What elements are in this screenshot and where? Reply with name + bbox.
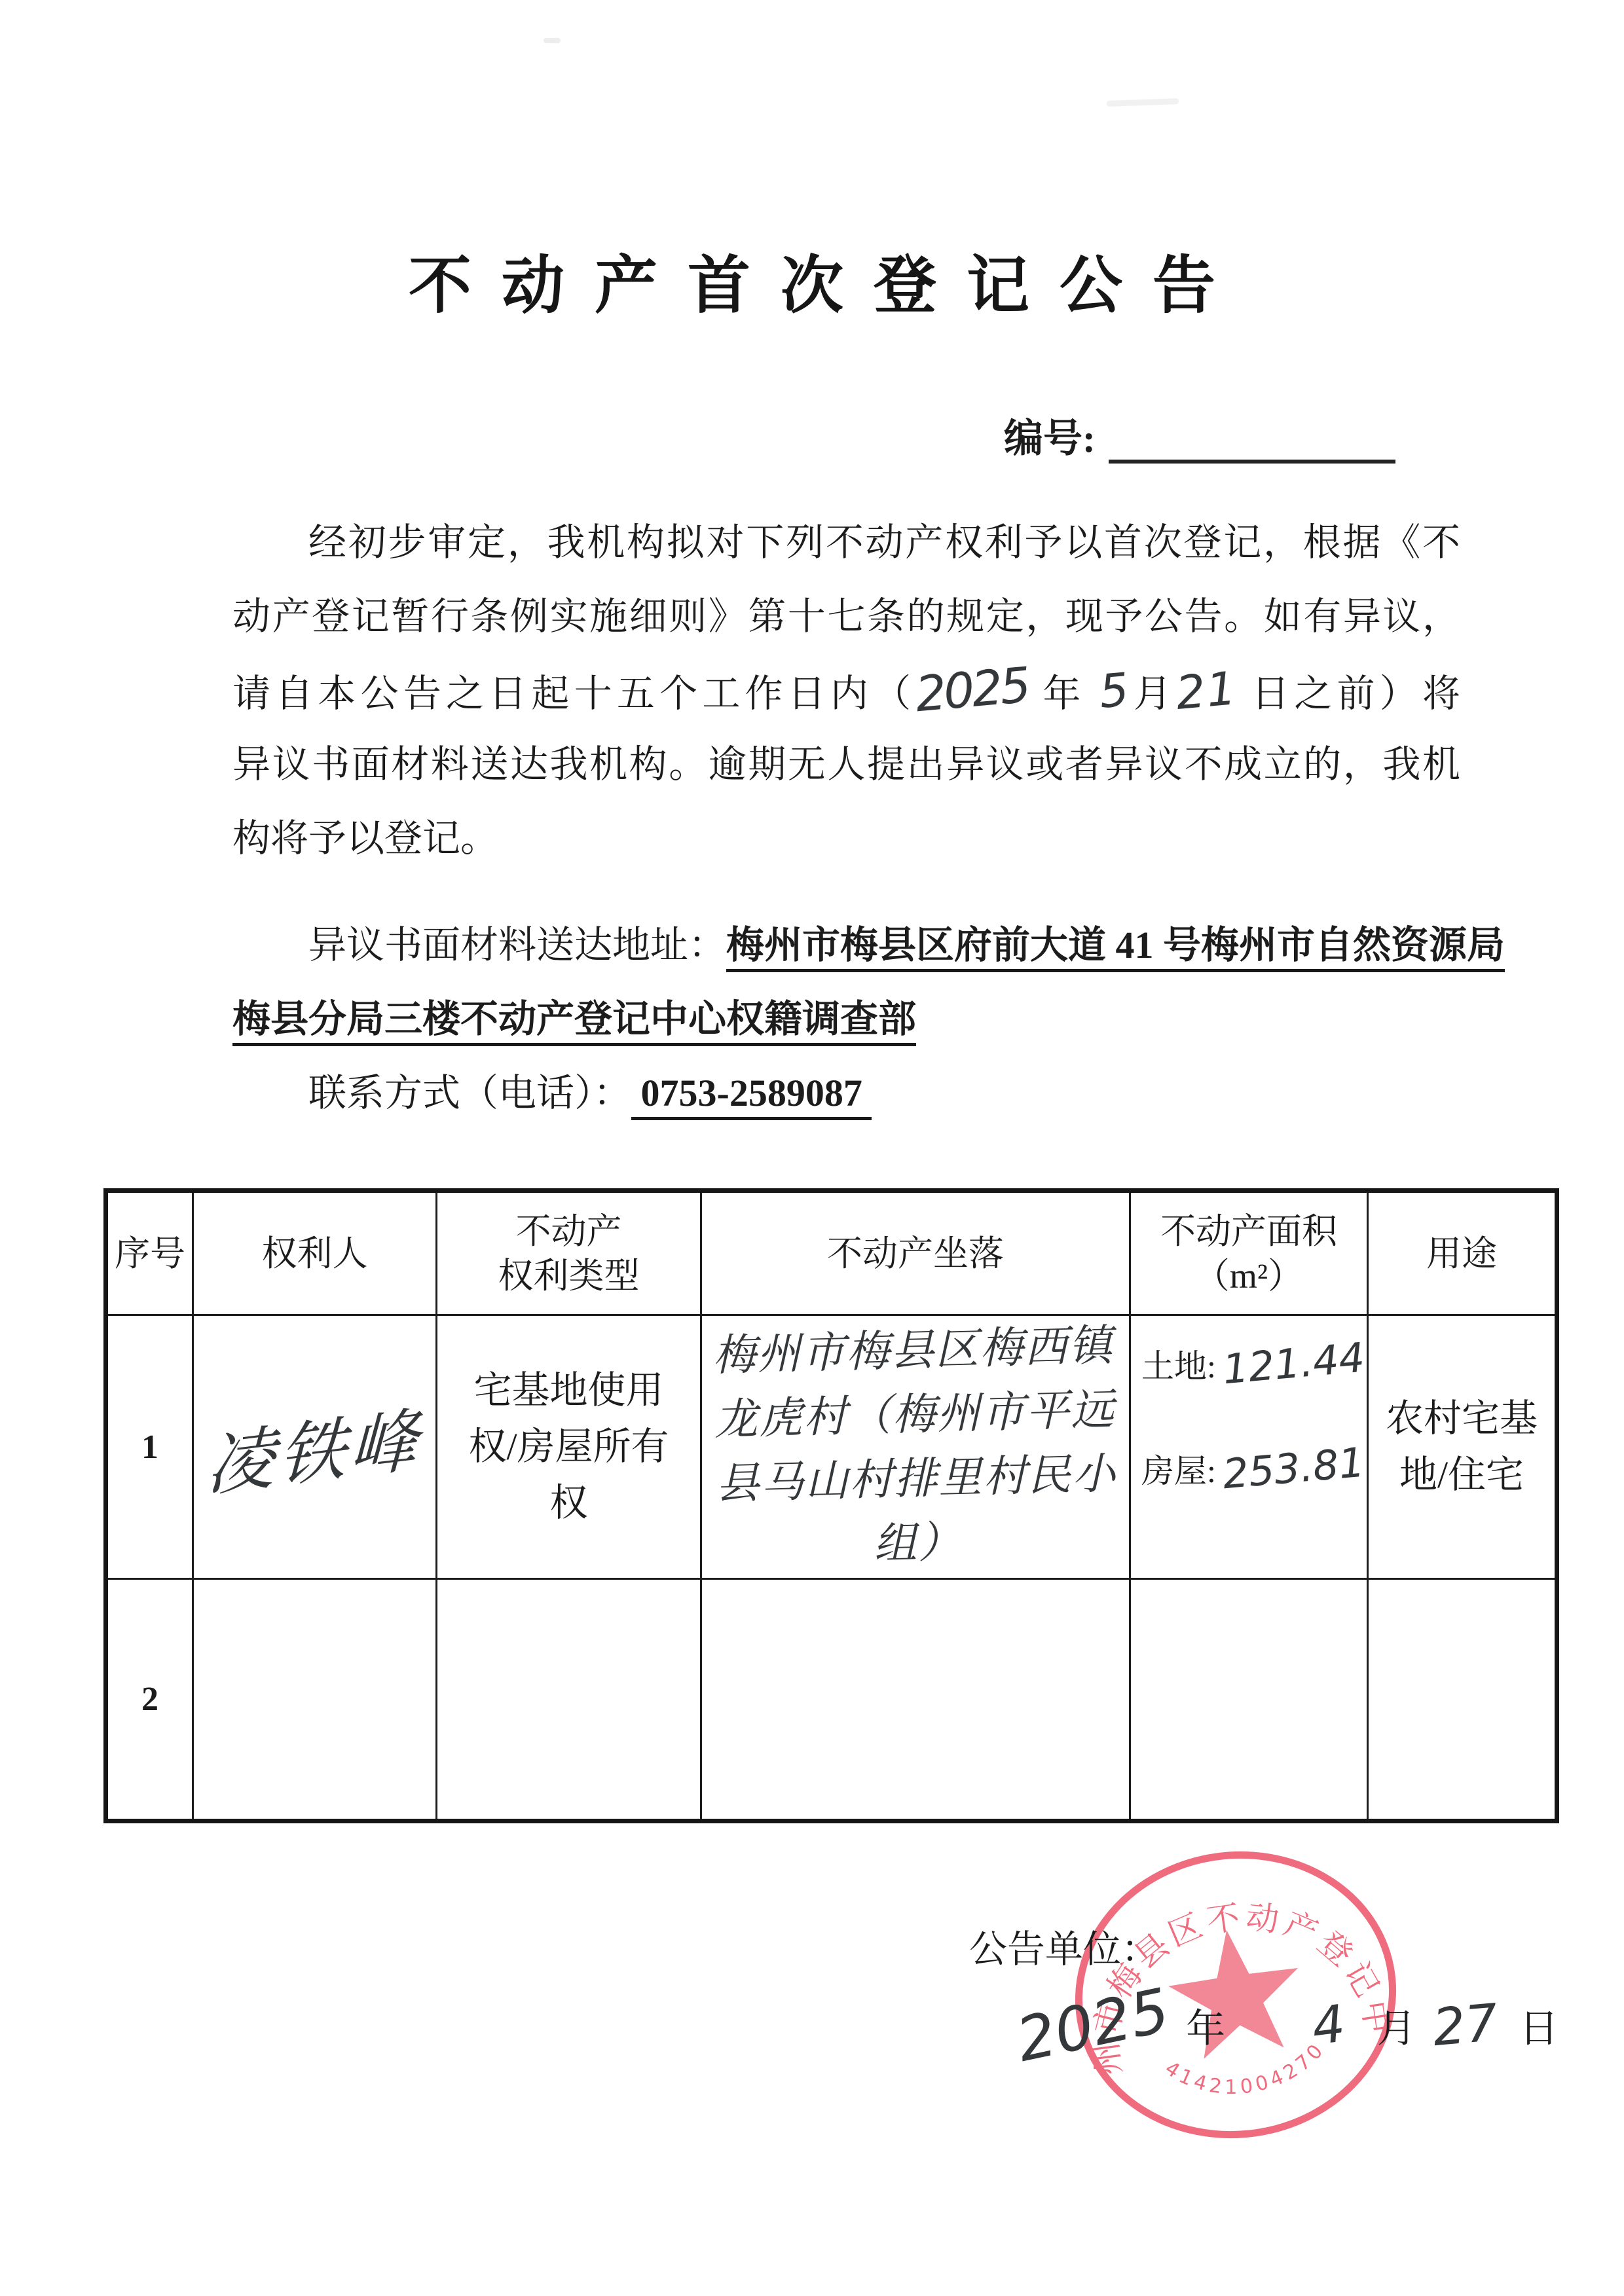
year-label: 年 — [1043, 672, 1085, 715]
document-number-row: 编号: — [1004, 407, 1395, 464]
address-value-part2: 梅县分局三楼不动产登记中心权籍调查部 — [232, 998, 916, 1046]
header-usage: 用途 — [1368, 1191, 1557, 1315]
table-row-2: 2 — [106, 1579, 1557, 1821]
handwritten-footer-month: 4 — [1309, 1994, 1348, 2056]
header-right-type: 不动产权利类型 — [437, 1191, 701, 1315]
contact-line: 联系方式（电话）： 0753-2589087 — [232, 1056, 1460, 1130]
paragraph1-line4: 异议书面材料送达我机构。逾期无人提出异议或者异议不成立的，我机 — [232, 727, 1460, 801]
row2-seq: 2 — [106, 1579, 193, 1821]
announcement-date: 2025 年 4 月 27 日 — [1016, 1990, 1559, 2060]
paragraph1-line3: 请自本公告之日起十五个工作日内（2025 年 5月21 日之前）将 — [232, 653, 1460, 727]
handwritten-day: 21 — [1173, 651, 1241, 731]
month-label: 月 — [1129, 672, 1176, 715]
handwritten-year: 2025 — [913, 649, 1032, 733]
paragraph1-line1: 经初步审定，我机构拟对下列不动产权利予以首次登记，根据《不 — [232, 505, 1460, 579]
deadline-text-post: 日之前）将 — [1251, 672, 1460, 715]
scanned-document-page: 不动产首次登记公告 编号: 经初步审定，我机构拟对下列不动产权利予以首次登记，根… — [0, 0, 1624, 2296]
land-area-label: 土地: — [1141, 1348, 1216, 1385]
scan-artifact — [544, 38, 561, 43]
phone-number: 0753-2589087 — [641, 1072, 862, 1114]
scan-artifact — [1107, 98, 1179, 107]
address-line2: 梅县分局三楼不动产登记中心权籍调查部 — [232, 982, 1460, 1056]
contact-phone: 0753-2589087 — [631, 1072, 872, 1120]
header-owner: 权利人 — [193, 1191, 437, 1315]
address-line1: 异议书面材料送达地址：梅州市梅县区府前大道 41 号梅州市自然资源局 — [232, 908, 1460, 982]
house-area-row: 房屋:253.81 — [1141, 1444, 1365, 1492]
row1-owner: 凌铁峰 — [193, 1315, 437, 1579]
announcing-unit-label: 公告单位： — [969, 1918, 1159, 1973]
table-row-1: 1 凌铁峰 宅基地使用权/房屋所有权 梅州市梅县区梅西镇龙虎村（梅州市平远县马山… — [106, 1315, 1557, 1579]
row1-seq: 1 — [106, 1315, 193, 1579]
paragraph1-line5: 构将予以登记。 — [232, 801, 1460, 875]
announcement-body: 经初步审定，我机构拟对下列不动产权利予以首次登记，根据《不 动产登记暂行条例实施… — [232, 505, 1460, 1130]
address-label: 异议书面材料送达地址： — [308, 924, 726, 966]
row1-usage: 农村宅基地/住宅 — [1368, 1315, 1557, 1579]
handwritten-house-area: 253.81 — [1221, 1438, 1366, 1499]
land-area-row: 土地:121.44 — [1141, 1339, 1365, 1387]
address-value-part1: 梅州市梅县区府前大道 41 号梅州市自然资源局 — [726, 924, 1505, 972]
page-title: 不动产首次登记公告 — [0, 236, 1624, 325]
contact-label: 联系方式（电话）： — [308, 1072, 631, 1114]
document-number-label: 编号: — [1004, 417, 1096, 460]
footer-day-label: 日 — [1519, 1997, 1559, 2054]
row1-location: 梅州市梅县区梅西镇龙虎村（梅州市平远县马山村排里村民小组） — [701, 1315, 1130, 1579]
handwritten-owner-name: 凌铁峰 — [206, 1384, 424, 1510]
house-area-label: 房屋: — [1141, 1453, 1216, 1489]
handwritten-land-area: 121.44 — [1221, 1334, 1366, 1394]
header-area: 不动产面积（m²） — [1130, 1191, 1368, 1315]
deadline-text-pre: 请自本公告之日起十五个工作日内（ — [232, 672, 915, 715]
handwritten-month: 5 — [1097, 653, 1132, 729]
table-header-row: 序号 权利人 不动产权利类型 不动产坐落 不动产面积（m²） 用途 — [106, 1191, 1557, 1315]
footer-month-label: 月 — [1377, 1997, 1416, 2054]
row2-location — [701, 1579, 1130, 1821]
row2-area — [1130, 1579, 1368, 1821]
row2-usage — [1368, 1579, 1557, 1821]
registration-table: 序号 权利人 不动产权利类型 不动产坐落 不动产面积（m²） 用途 1 凌铁峰 … — [103, 1188, 1559, 1823]
row1-right-type: 宅基地使用权/房屋所有权 — [437, 1315, 701, 1579]
handwritten-footer-day: 27 — [1430, 1993, 1500, 2057]
row2-right-type — [437, 1579, 701, 1821]
footer-year-label: 年 — [1186, 1997, 1225, 2054]
document-number-blank-line — [1109, 420, 1395, 464]
row2-owner — [193, 1579, 437, 1821]
header-location: 不动产坐落 — [701, 1191, 1130, 1315]
paragraph1-line2: 动产登记暂行条例实施细则》第十七条的规定，现予公告。如有异议， — [232, 579, 1460, 653]
header-seq: 序号 — [106, 1191, 193, 1315]
handwritten-location: 梅州市梅县区梅西镇龙虎村（梅州市平远县马山村排里村民小组） — [707, 1313, 1124, 1580]
row1-area: 土地:121.44 房屋:253.81 — [1130, 1315, 1368, 1579]
